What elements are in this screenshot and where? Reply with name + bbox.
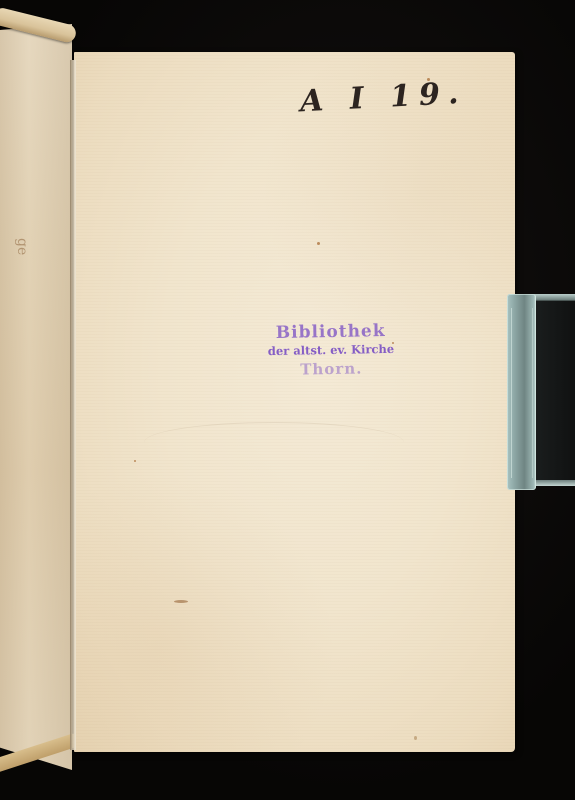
glass-body — [536, 300, 575, 483]
glass-page-weight — [507, 294, 575, 490]
photo-scene: ge A I 19. Bibliothek der altst. ev. Kir… — [0, 0, 575, 800]
foxing-spot — [392, 342, 394, 344]
stamp-line-3: Thorn. — [246, 359, 416, 380]
faint-ghost-writing — [144, 422, 404, 463]
flyleaf-offset-text: ge — [0, 238, 29, 256]
foxing-spot — [414, 736, 417, 740]
foxing-spot — [427, 78, 430, 81]
handwritten-shelfmark: A I 19. — [299, 76, 467, 120]
book-page: A I 19. Bibliothek der altst. ev. Kirche… — [74, 52, 515, 752]
stamp-line-1: Bibliothek — [246, 321, 416, 344]
foxing-spot — [317, 242, 320, 245]
page-gutter — [70, 60, 76, 750]
stamp-line-2: der altst. ev. Kirche — [246, 342, 416, 359]
glass-bottom-edge — [533, 480, 575, 486]
glass-front-face — [507, 294, 536, 490]
foxing-spot — [174, 600, 188, 603]
foxing-spot — [134, 460, 136, 462]
library-stamp: Bibliothek der altst. ev. Kirche Thorn. — [246, 321, 417, 380]
left-flyleaf: ge — [0, 24, 72, 770]
